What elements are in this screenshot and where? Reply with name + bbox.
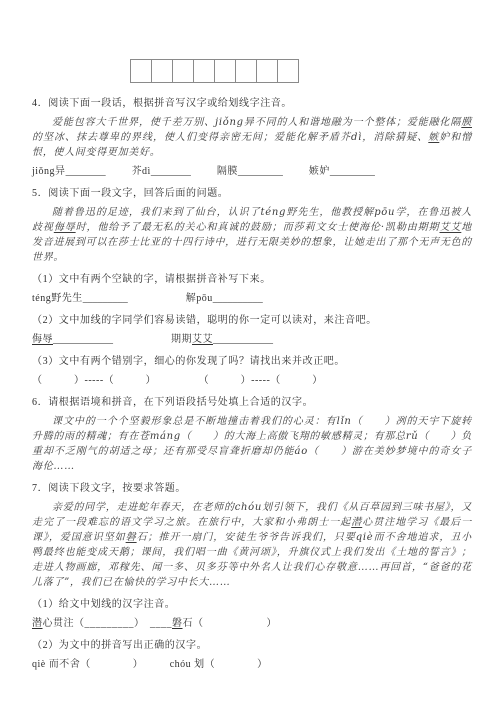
answer-blank: ________	[66, 166, 106, 177]
answer-blank: ____________	[53, 334, 113, 345]
answer-grid-cell	[277, 59, 299, 83]
answer-grid-cell	[151, 59, 173, 83]
answer-blank: _________	[83, 293, 128, 304]
question-4-passage: 爱能包容大千世界，使千差万别、jiǒng异不同的人和谐地融为一个整体；爱能融化隔…	[32, 115, 472, 160]
question-4-word-list: jiǒng异________ 芥dì________ 隔膜_________ 嫉…	[32, 164, 472, 179]
word-label: 期期艾艾	[171, 334, 213, 345]
question-5-sub1-title: （1）文中有两个空缺的字，请根据拼音补写下来。	[32, 272, 472, 287]
answer-blank: ____________	[213, 334, 273, 345]
worksheet-content: 4．阅读下面一段话，根据拼音写汉字或给划线字注音。 爱能包容大千世界，使千差万别…	[0, 0, 500, 672]
question-7-sub2-title: （2）为文中的拼音写出正确的汉字。	[32, 638, 472, 653]
answer-blank: _________	[330, 166, 375, 177]
word-item: 期期艾艾____________	[171, 332, 273, 347]
question-5-sub2-items: 侮辱____________ 期期艾艾____________	[32, 332, 472, 347]
word-item: 解pōu__________	[186, 291, 263, 306]
word-item: 嫉妒_________	[309, 164, 375, 179]
question-6-passage: 课文中的一个个坚毅形象总是不断地撞击着我们的心灵：有lǐn（ ）冽的天宇下旋转升…	[32, 414, 472, 474]
answer-grid-cell	[130, 59, 152, 83]
answer-blank: ________	[151, 166, 191, 177]
word-label: 芥dì	[132, 166, 151, 177]
question-5-title: 5．阅读下面一段文字，回答后面的问题。	[32, 186, 472, 201]
word-label: jiǒng异	[32, 166, 66, 177]
question-7-sub2-answer-line: qiè 而不舍（ ） chóu 划（ ）	[32, 657, 472, 672]
word-item: 侮辱____________	[32, 332, 113, 347]
answer-grid-cell	[256, 59, 278, 83]
word-label: 侮辱	[32, 334, 53, 345]
question-7-passage: 亲爱的同学，走进蛇年春天，在老师的chóu划引领下，我们《从百草园到三味书屋》，…	[32, 500, 472, 590]
word-label: 解pōu	[186, 293, 213, 304]
question-5-sub2-title: （2）文中加线的字同学们容易读错，聪明的你一定可以读对，来注音吧。	[32, 313, 472, 328]
answer-blank: __________	[213, 293, 263, 304]
worksheet-page: 4．阅读下面一段话，根据拼音写汉字或给划线字注音。 爱能包容大千世界，使千差万别…	[0, 0, 500, 707]
question-5-sub3-answer-line: （ ）-----（ ） （ ）-----（ ）	[32, 373, 472, 388]
word-label: téng野先生	[32, 293, 83, 304]
question-5-passage: 随着鲁迅的足迹，我们来到了仙台，认识了téng野先生，他教授解pōu学，在鲁迅被…	[32, 205, 472, 265]
answer-blank: _________	[238, 166, 283, 177]
word-item: 芥dì________	[132, 164, 191, 179]
question-7-sub1-answer-line: 潜心贯注（_________） ____磐石（ ）	[32, 616, 472, 631]
answer-grid	[130, 59, 299, 83]
question-7-sub1-title: （1）给文中划线的汉字注音。	[32, 597, 472, 612]
word-label: 隔膜	[217, 166, 238, 177]
answer-grid-cell	[235, 59, 257, 83]
answer-grid-cell	[172, 59, 194, 83]
answer-grid-cell	[214, 59, 236, 83]
word-item: jiǒng异________	[32, 164, 106, 179]
word-label: 嫉妒	[309, 166, 330, 177]
question-6-title: 6．请根据语境和拼音，在下列语段括号处填上合适的汉字。	[32, 395, 472, 410]
question-5-sub1-items: téng野先生_________ 解pōu__________	[32, 291, 472, 306]
question-4-title: 4．阅读下面一段话，根据拼音写汉字或给划线字注音。	[32, 96, 472, 111]
word-item: téng野先生_________	[32, 291, 128, 306]
word-item: 隔膜_________	[217, 164, 283, 179]
question-7-title: 7．阅读下段文字，按要求答题。	[32, 481, 472, 496]
question-5-sub3-title: （3）文中有两个错别字，细心的你发现了吗？请找出来并改正吧。	[32, 354, 472, 369]
answer-grid-cell	[193, 59, 215, 83]
